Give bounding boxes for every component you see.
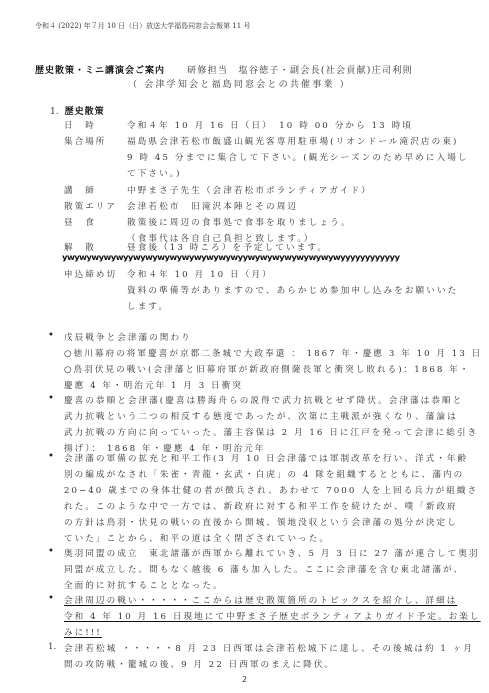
value-dismissal: 昼食後（13 時ころ）を予定しています。	[127, 241, 328, 253]
bullet-1-line-1: 戊辰戦争と会津藩の関わり	[64, 331, 192, 343]
label-datetime: 日 時	[64, 119, 96, 131]
section-number: 1.	[50, 107, 59, 117]
bullet-3-line-2: 別の編成がなされ「朱雀・青龍・玄武・白虎」の 4 隊を組織するとともに、藩内の	[64, 468, 464, 480]
label-lecturer: 講 師	[64, 184, 96, 196]
bullet-3-line-5: の方針は鳥羽・伏見の戦いの直後から開城、領地没収という会津藩の処分が決定し	[64, 516, 458, 528]
document-title-row: 歴史散策・ミニ講演会ご案内研修担当 塩谷徳子・副会長(社会貢献)庄司利則	[35, 63, 413, 76]
bullet-icon: •	[48, 451, 54, 462]
value-meeting-place-2: 9 時 45 分までに集合して下さい。(観光シーズンのため早めに入場し	[127, 151, 469, 163]
page-number: 2	[242, 675, 247, 684]
section-title: 歴史散策	[65, 107, 105, 117]
bullet-2-line-3: 武力抗戦の方向に向っていった。藩主容保は 2 月 16 日に江戸を発って会津に総…	[64, 426, 478, 438]
bullet-4-line-2: 同盟が成立した。間もなく越後 6 藩も加入した。ここに会津藩を含む東北諸藩が、	[64, 563, 464, 575]
value-deadline-1: 令和４年 10 月 10 日（月）	[127, 268, 273, 280]
value-meeting-place-1: 福島県会津若松市飯盛山観光客専用駐車場(リオンドール滝沢店の東)	[127, 135, 458, 147]
value-walk-area: 会津若松市 旧滝沢本陣とその周辺	[127, 200, 298, 212]
bullet-icon: •	[48, 593, 54, 604]
value-meeting-place-3: て下さい。)	[127, 167, 182, 179]
label-dismissal: 解 散	[64, 241, 96, 253]
bullet-icon: •	[48, 330, 54, 341]
bullet-3-line-4: れた。このような中で一方では、新政府に対する和平工作を続けたが、噗「新政府	[64, 500, 458, 512]
bullet-icon: •	[48, 393, 54, 404]
value-lunch-1: 散策後に周辺の食事処で食事を取りましょう。	[127, 216, 352, 228]
bullet-4-line-1: 奥羽同盟の成立 東北諸藩が西軍から離れていき、5 月 3 日に 27 藩が連合し…	[64, 547, 480, 559]
value-lecturer: 中野まさ子先生（会津若松市ボランティアガイド）	[127, 184, 372, 196]
bullet-2-line-1: 慶喜の恭順と会津藩(慶喜は勝海舟らの説得で武力抗戦とせず降伏。会津藩は恭順と	[64, 394, 463, 406]
value-deadline-3: します。	[127, 300, 169, 312]
bullet-5-line-2: 令和 4 年 10 月 16 日現地にて中野まさ子歴史ボランティアよりガイド予定…	[64, 610, 481, 622]
bullet-icon: •	[48, 546, 54, 557]
bullet-5-line-1: 会津周辺の戦い・・・・・ここからは歴史散策箇所のトピックスを紹介し、詳細は	[64, 594, 457, 606]
numbered-item-number: 1.	[48, 642, 56, 652]
bullet-3-line-3: 20−40 歳までの身体壮健の者が徴兵され、あわせて 7000 人を上回る兵力が…	[64, 484, 478, 496]
bullet-1-line-3: ○鳥羽伏見の戦い(会津藩と旧幕府軍が新政府側薩長軍と衝突し敗れる)：1868 年…	[64, 363, 470, 375]
numbered-item-line-2: 間の攻防戦・籠城の後、9 月 22 日西軍のまえに降伏。	[64, 658, 335, 670]
bullet-1-line-2: ○徳川幕府の将軍慶喜が京都二条城で大政奉還 ： 1867 年・慶應 3 年 10…	[64, 347, 482, 359]
value-deadline-2: 資料の準備等がありますので、あらかじめ参加申し込みをお願いいた	[127, 284, 458, 296]
bullet-3-line-6: ていた」ことから、和平の道は全く閉ざされていった。	[64, 532, 330, 544]
document-title: 歴史散策・ミニ講演会ご案内	[35, 66, 165, 76]
organizer-line: 研修担当 塩谷徳子・副会長(社会貢献)庄司利則	[187, 66, 413, 76]
label-deadline: 申込締め切	[64, 268, 117, 280]
value-datetime: 令和４年 10 月 16 日（日） 10 時 00 分から 13 時頃	[127, 119, 413, 131]
numbered-item-line-1: 会津若松城 ・・・・・8 月 23 日西軍は会津若松城下に達し、その後城は約 1…	[64, 642, 474, 654]
bullet-4-line-3: 全面的に対抗することとなった。	[64, 579, 224, 591]
label-meeting-place: 集合場所	[64, 135, 106, 147]
bullet-1-line-4: 慶應 4 年・明治元年 1 月 3 日衝突	[64, 379, 243, 391]
newsletter-issue-line: 令和４ (2022) 年７月 10 日（日）放送大学福島同窓会会報第 11 号	[35, 21, 250, 31]
section-heading: 1.歴史散策	[50, 104, 105, 117]
bullet-2-line-2: 武力抗戦という二つの相反する態度であったが、次第に主戦派が強くなり、藩論は	[64, 410, 458, 422]
label-lunch: 昼 食	[64, 216, 96, 228]
bullet-3-line-1: 会津藩の軍備の拡充と和平工作(3 月 10 日会津藩では軍制改革を行い、洋式・年…	[64, 452, 468, 464]
garbled-divider-line: ywywywywywyywywywywywywywywywyywywywywyw…	[62, 254, 399, 263]
label-walk-area: 散策エリア	[64, 200, 117, 212]
co-host-line: （ 会津学知会と福島同窓会との共催事業 ）	[128, 77, 351, 90]
bullet-5-line-3: みに!!!	[64, 626, 102, 638]
